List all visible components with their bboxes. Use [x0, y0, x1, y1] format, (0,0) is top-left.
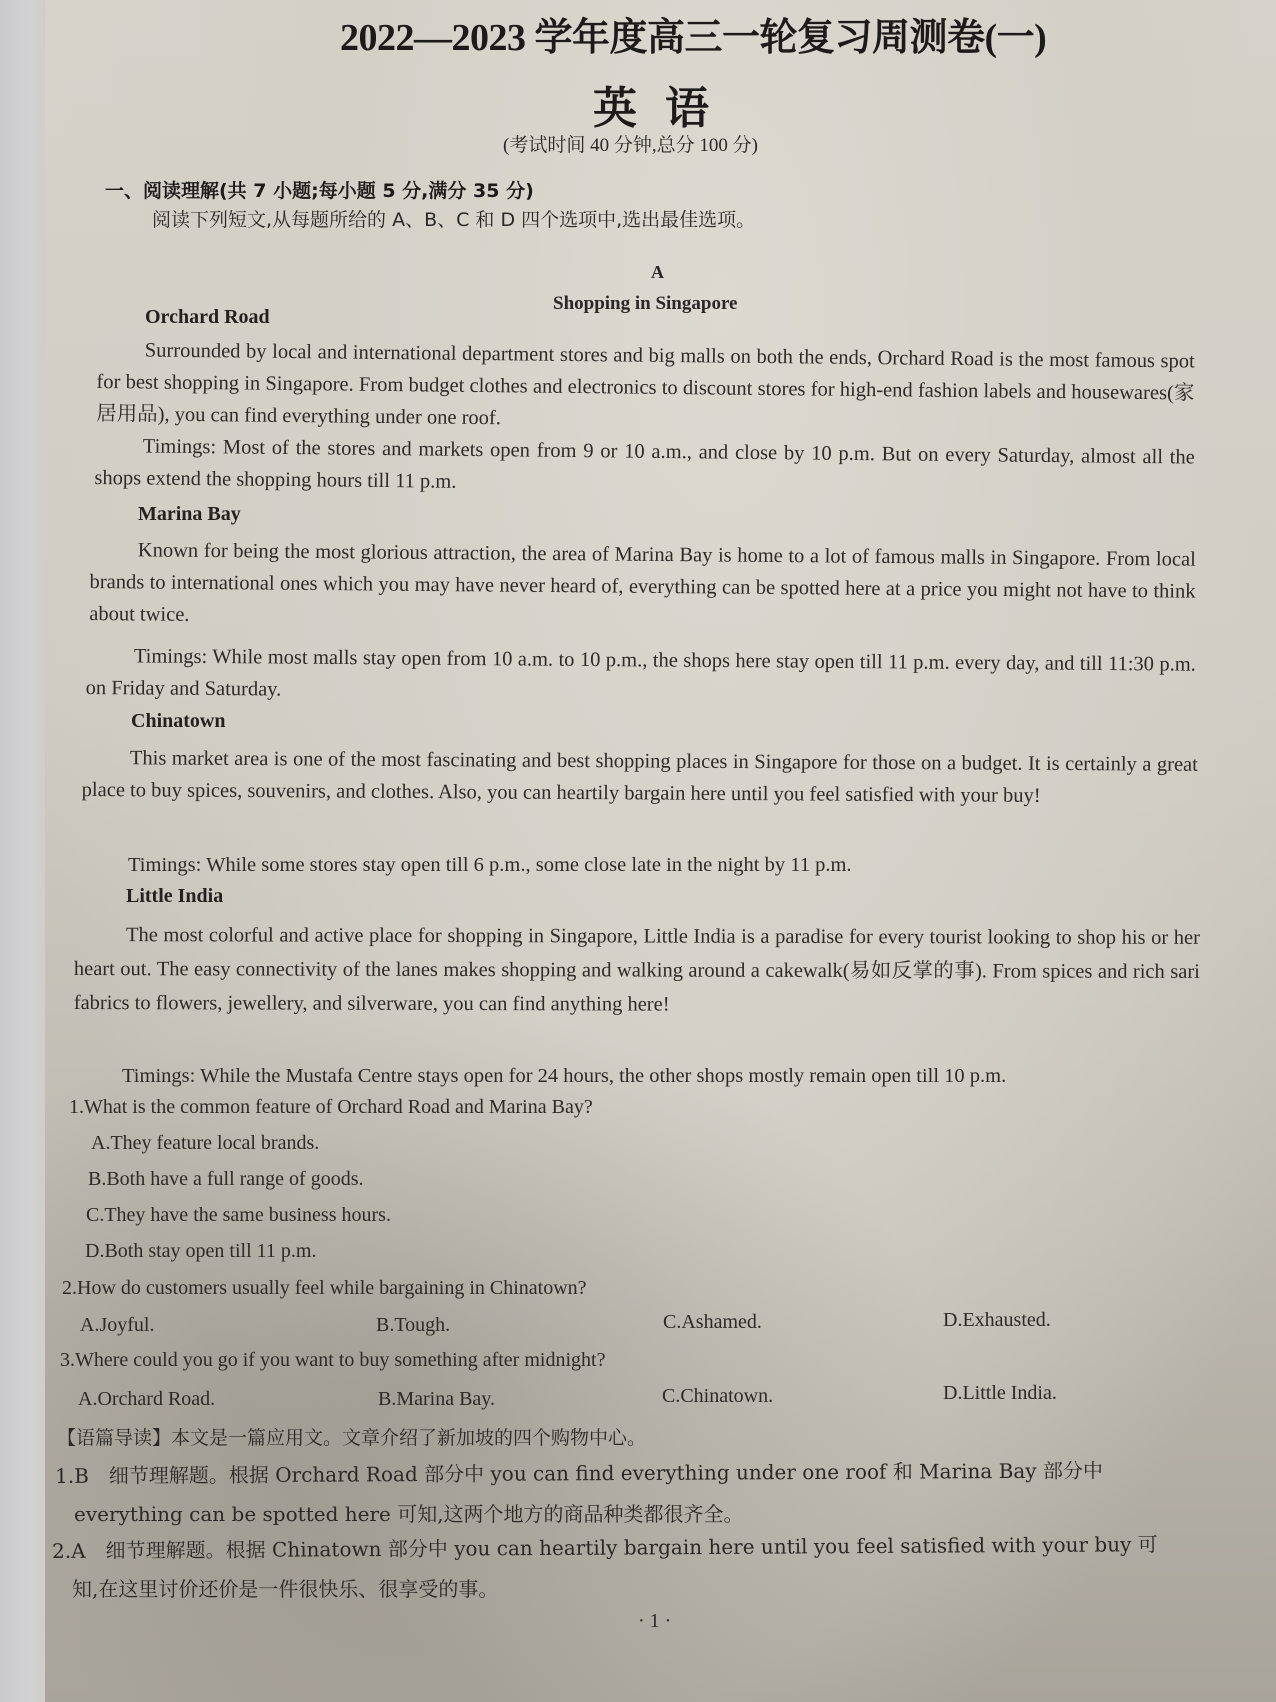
question-2-stem: 2.How do customers usually feel while ba… — [62, 1277, 587, 1300]
question-3-option-c[interactable]: C.Chinatown. — [662, 1385, 773, 1408]
question-2-option-c[interactable]: C.Ashamed. — [663, 1311, 762, 1334]
section-heading-marina-bay: Marina Bay — [138, 503, 241, 526]
answer-1-line-2: everything can be spotted here 可知,这两个地方的… — [74, 1498, 744, 1527]
question-1-option-b[interactable]: B.Both have a full range of goods. — [88, 1168, 364, 1191]
passage-title: Shopping in Singapore — [553, 293, 737, 315]
subject-title: 英语 — [593, 72, 737, 136]
question-1-option-d[interactable]: D.Both stay open till 11 p.m. — [85, 1240, 316, 1263]
timings-little-india: Timings: While the Mustafa Centre stays … — [122, 1060, 1006, 1092]
paragraph-little-india: The most colorful and active place for s… — [74, 918, 1200, 1023]
passage-guide: 【语篇导读】本文是一篇应用文。文章介绍了新加坡的四个购物中心。 — [57, 1423, 646, 1450]
answer-1-line-1: 1.B 细节理解题。根据 Orchard Road 部分中 you can fi… — [55, 1455, 1103, 1489]
timings-chinatown: Timings: While some stores stay open til… — [128, 849, 852, 881]
exam-title: 2022—2023 学年度高三一轮复习周测卷(一) — [340, 6, 1046, 61]
paragraph-marina-bay: Known for being the most glorious attrac… — [89, 534, 1196, 640]
question-3-option-b[interactable]: B.Marina Bay. — [378, 1388, 495, 1411]
section-heading: 一、阅读理解(共 7 小题;每小题 5 分,满分 35 分) — [105, 176, 534, 203]
section-heading-orchard-road: Orchard Road — [145, 306, 270, 329]
passage-letter: A — [651, 262, 664, 283]
page-number: · 1 · — [638, 1610, 671, 1633]
question-3-option-d[interactable]: D.Little India. — [943, 1382, 1057, 1405]
timings-orchard-road: Timings: Most of the stores and markets … — [94, 430, 1195, 506]
paragraph-orchard-road: Surrounded by local and international de… — [96, 334, 1195, 441]
answer-2-line-2: 知,在这里讨价还价是一件很快乐、很享受的事。 — [72, 1573, 498, 1602]
question-3-stem: 3.Where could you go if you want to buy … — [60, 1349, 605, 1372]
question-2-option-a[interactable]: A.Joyful. — [80, 1314, 154, 1337]
section-heading-little-india: Little India — [126, 885, 223, 908]
section-instructions: 阅读下列短文,从每题所给的 A、B、C 和 D 四个选项中,选出最佳选项。 — [152, 205, 755, 232]
question-2-option-b[interactable]: B.Tough. — [376, 1314, 450, 1337]
section-heading-chinatown: Chinatown — [131, 710, 225, 733]
question-1-option-a[interactable]: A.They feature local brands. — [91, 1132, 319, 1155]
timings-marina-bay: Timings: While most malls stay open from… — [85, 640, 1195, 713]
question-3-option-a[interactable]: A.Orchard Road. — [78, 1388, 215, 1411]
question-2-option-d[interactable]: D.Exhausted. — [943, 1309, 1051, 1332]
exam-info: (考试时间 40 分钟,总分 100 分) — [503, 130, 758, 157]
question-1-option-c[interactable]: C.They have the same business hours. — [86, 1204, 391, 1227]
paragraph-chinatown: This market area is one of the most fasc… — [82, 742, 1198, 813]
question-1-stem: 1.What is the common feature of Orchard … — [69, 1096, 593, 1119]
